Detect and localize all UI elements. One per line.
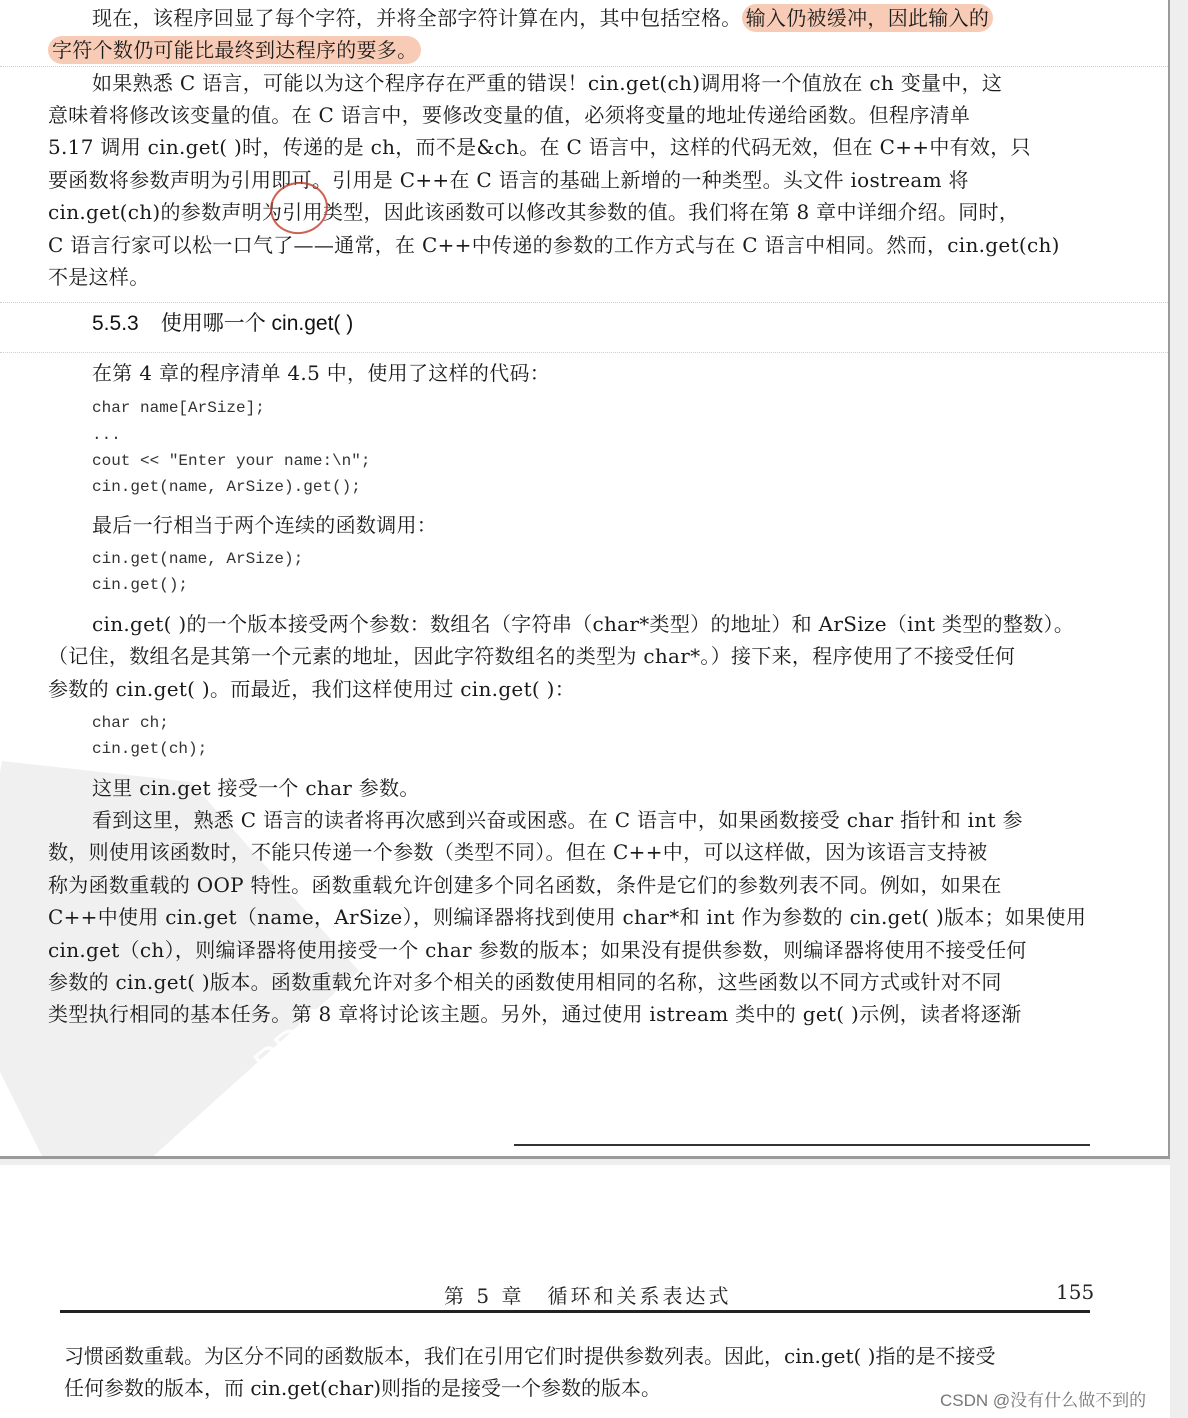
code-line: cin.get(name, ArSize); <box>92 546 303 572</box>
para3-line: cin.get( )的一个版本接受两个参数：数组名（字符串（char*类型）的地… <box>92 608 1122 640</box>
char-param-line: 这里 cin.get 接受一个 char 参数。 <box>92 772 1122 804</box>
page-number: 155 <box>1056 1280 1094 1304</box>
para3-line: （记住，数组名是其第一个元素的地址，因此字符数组名的类型为 char*。）接下来… <box>48 640 1078 672</box>
para4-line: cin.get（ch），则编译器将使用接受一个 char 参数的版本；如果没有提… <box>48 934 1078 966</box>
code-line: cin.get(ch); <box>92 736 207 762</box>
para3-line: 参数的 cin.get( )。而最近，我们这样使用过 cin.get( )： <box>48 673 1078 705</box>
running-head: 第 5 章 循环和关系表达式 <box>444 1280 731 1309</box>
scan-artifact <box>0 302 1168 304</box>
code-line: cin.get(name, ArSize).get(); <box>92 474 361 500</box>
code-line: cin.get(); <box>92 572 188 598</box>
para1-line2: 字符个数仍可能比最终到达程序的要多。 <box>48 34 1078 66</box>
page2-line: 习惯函数重载。为区分不同的函数版本，我们在引用它们时提供参数列表。因此，cin.… <box>64 1340 995 1372</box>
csdn-watermark: CSDN @没有什么做不到的 <box>940 1386 1146 1411</box>
para4-line: 数，则使用该函数时，不能只传递一个参数（类型不同）。但在 C++中，可以这样做，… <box>48 836 1078 868</box>
para2-line: 要函数将参数声明为引用即可。引用是 C++在 C 语言的基础上新增的一种类型。头… <box>48 164 1078 196</box>
footer-rule <box>514 1144 1090 1146</box>
para4-line: C++中使用 cin.get（name，ArSize），则编译器将找到使用 ch… <box>48 901 1078 933</box>
page-155-top: PDG 现在，该程序回显了每个字符，并将全部字符计算在内，其中包括空格。输入仍被… <box>0 0 1170 1159</box>
intro-line: 在第 4 章的程序清单 4.5 中，使用了这样的代码： <box>92 357 1122 389</box>
code-line: char ch; <box>92 710 169 736</box>
para4-line: 看到这里，熟悉 C 语言的读者将再次感到兴奋或困惑。在 C 语言中，如果函数接受… <box>92 804 1122 836</box>
para4-line: 称为函数重载的 OOP 特性。函数重载允许创建多个同名函数，条件是它们的参数列表… <box>48 869 1078 901</box>
para2-line: 如果熟悉 C 语言，可能以为这个程序存在严重的错误！cin.get(ch)调用将… <box>92 67 1122 99</box>
para2-line: C 语言行家可以松一口气了——通常，在 C++中传递的参数的工作方式与在 C 语… <box>48 229 1078 261</box>
para2-line: 5.17 调用 cin.get( )时，传递的是 ch，而不是&ch。在 C 语… <box>48 131 1078 163</box>
para2-line: 意味着将修改该变量的值。在 C 语言中，要修改变量的值，必须将变量的地址传递给函… <box>48 99 1078 131</box>
header-rule <box>60 1310 1090 1313</box>
mid-line: 最后一行相当于两个连续的函数调用： <box>92 509 1122 541</box>
code-line: ... <box>92 422 121 448</box>
section-heading: 5.5.3使用哪一个 cin.get( ) <box>92 308 353 340</box>
page2-line: 任何参数的版本，而 cin.get(char)则指的是接受一个参数的版本。 <box>64 1372 661 1404</box>
section-title: 使用哪一个 cin.get( ) <box>161 312 354 335</box>
scan-artifact <box>0 352 1168 354</box>
para1-text: 现在，该程序回显了每个字符，并将全部字符计算在内，其中包括空格。 <box>92 6 742 30</box>
highlighted-text: 字符个数仍可能比最终到达程序的要多。 <box>48 36 421 64</box>
section-number: 5.5.3 <box>92 312 139 335</box>
para2-line: 不是这样。 <box>48 261 1078 293</box>
para4-line: 参数的 cin.get( )版本。函数重载允许对多个相关的函数使用相同的名称，这… <box>48 966 1078 998</box>
para1-line1: 现在，该程序回显了每个字符，并将全部字符计算在内，其中包括空格。输入仍被缓冲，因… <box>92 2 1122 34</box>
code-line: cout << "Enter your name:\n"; <box>92 448 370 474</box>
highlighted-text: 输入仍被缓冲，因此输入的 <box>742 4 994 32</box>
para2-line: cin.get(ch)的参数声明为引用类型，因此该函数可以修改其参数的值。我们将… <box>48 196 1078 228</box>
para4-line: 类型执行相同的基本任务。第 8 章将讨论该主题。另外，通过使用 istream … <box>48 998 1078 1030</box>
code-line: char name[ArSize]; <box>92 395 265 421</box>
